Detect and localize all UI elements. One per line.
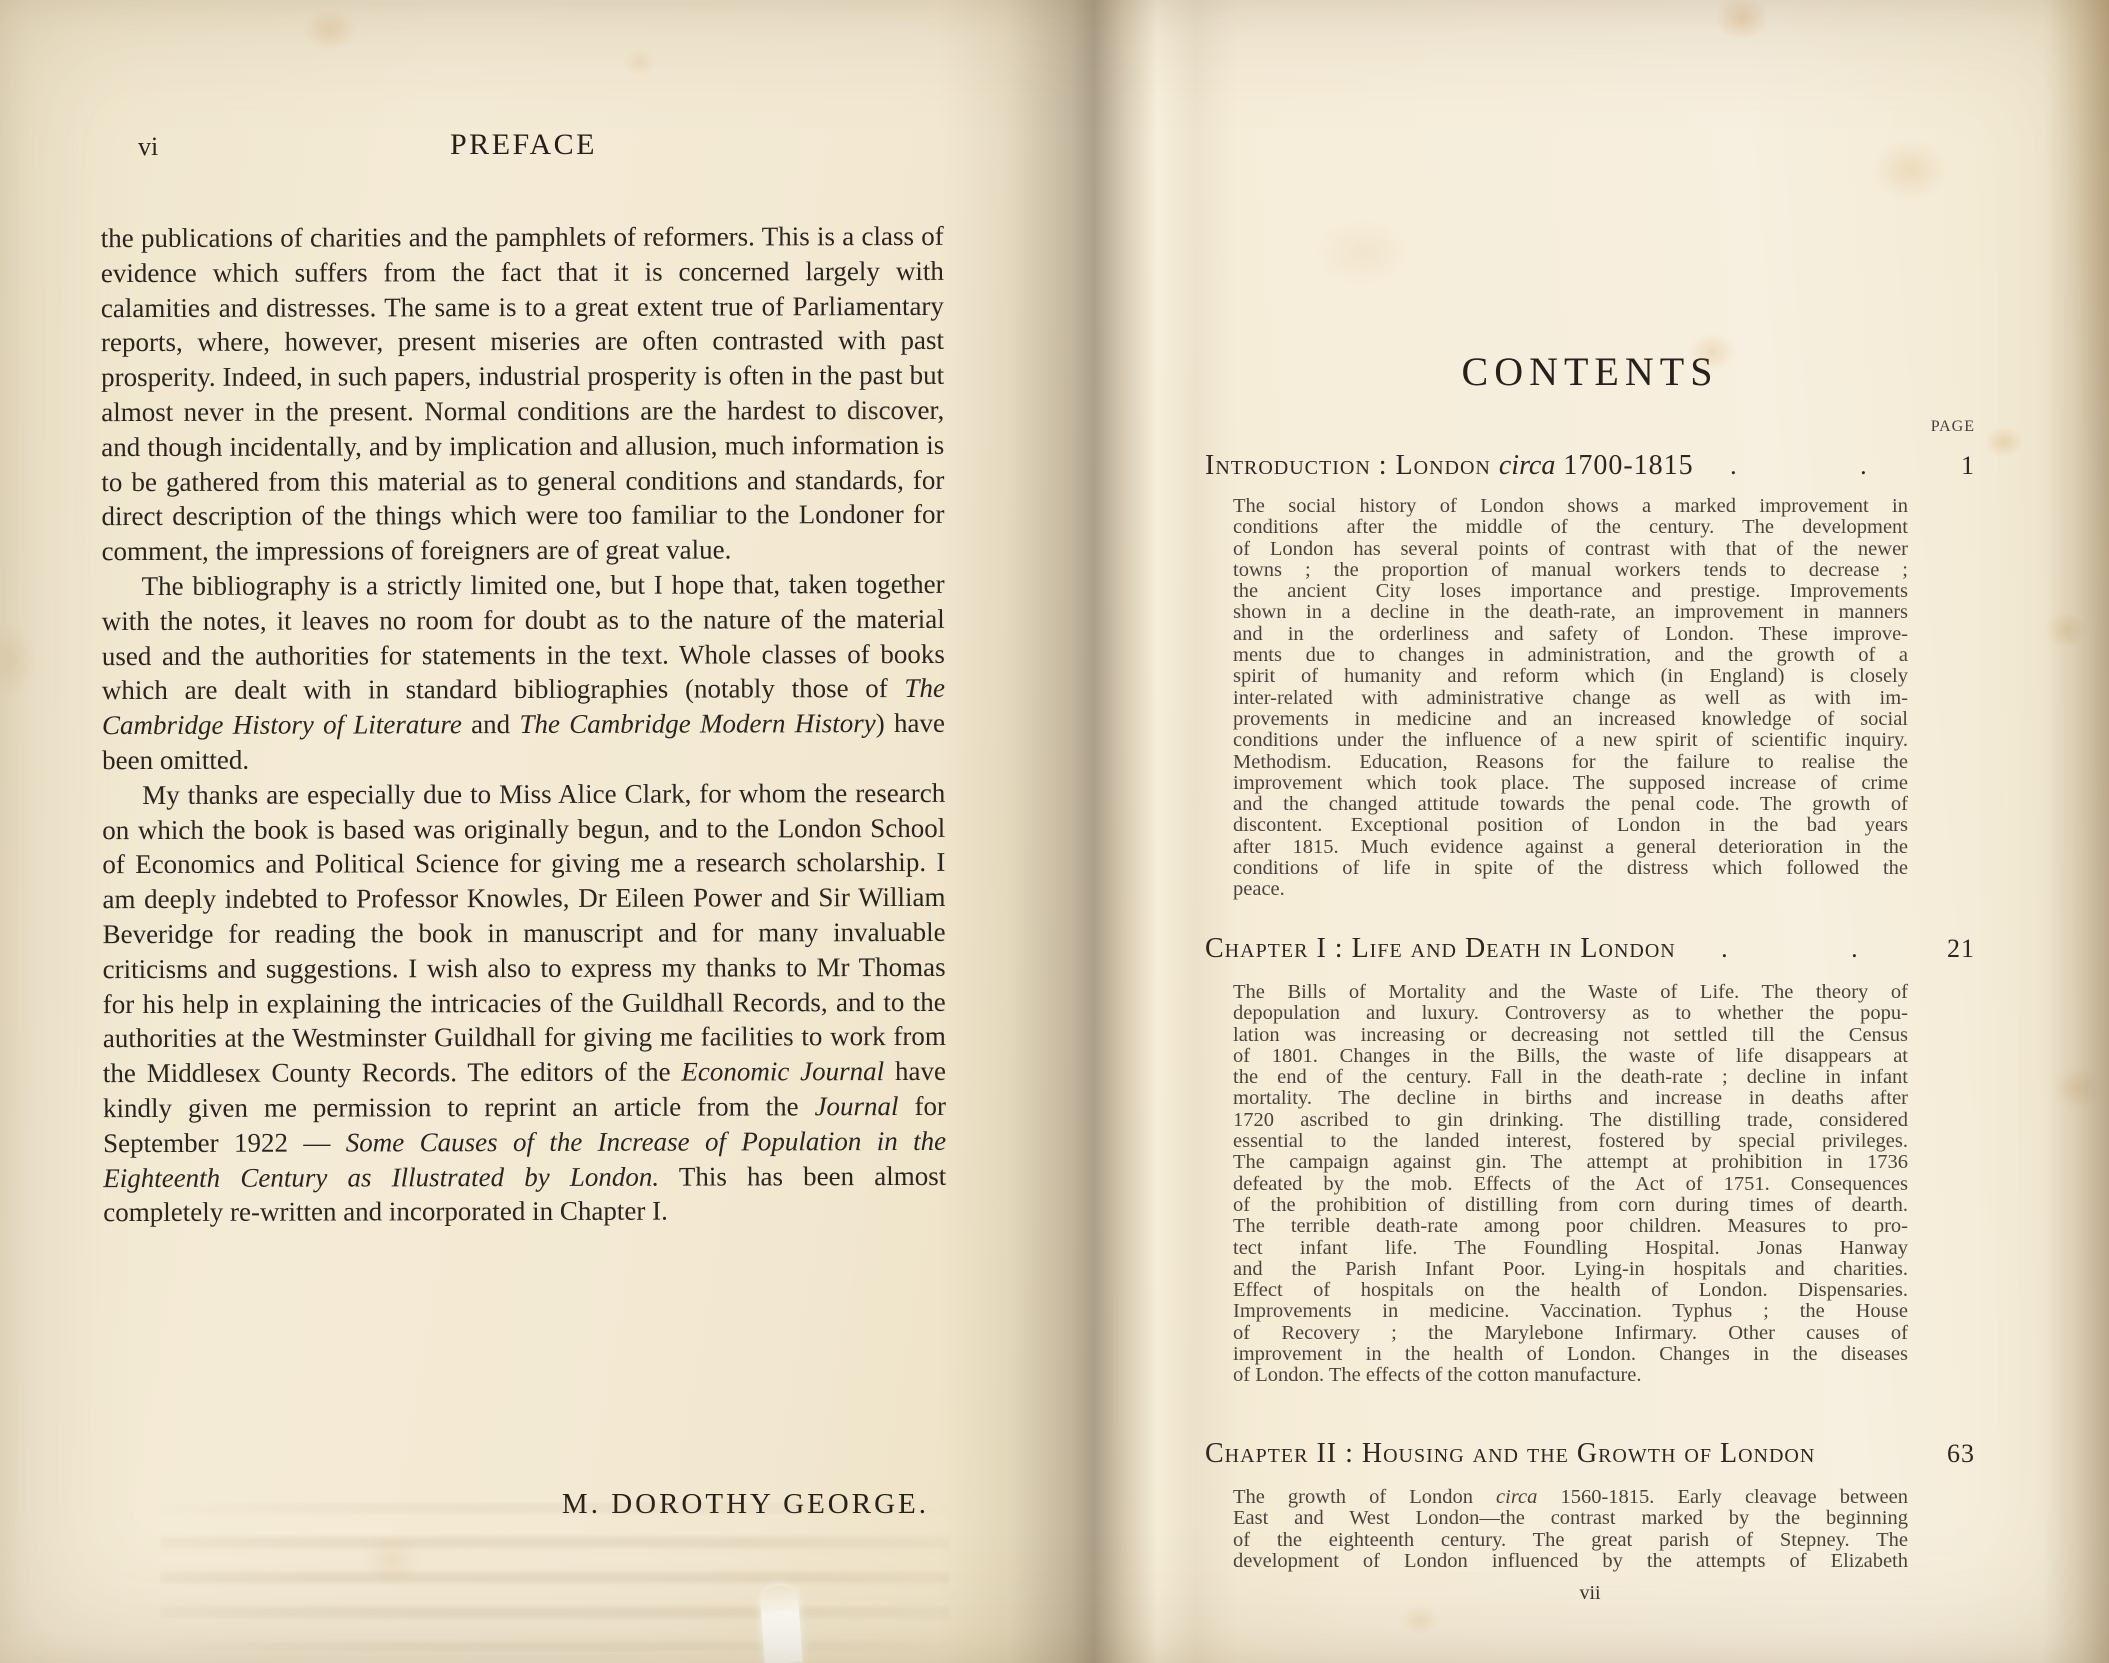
toc-summary-line: lation was increasing or decreasing not … — [1233, 1025, 1908, 1046]
toc-summary-line: after 1815. Much evidence against a gene… — [1233, 837, 1908, 858]
toc-summary-line: The Bills of Mortality and the Waste of … — [1233, 982, 1908, 1003]
toc-entry-heading: Introduction : London circa 1700-1815. .… — [1205, 450, 1975, 482]
book-spread: vi PREFACE the publications of charities… — [0, 0, 2109, 1663]
toc-summary-line: The growth of London circa 1560-1815. Ea… — [1233, 1487, 1908, 1508]
toc-summary-line: inter-related with administrative change… — [1233, 688, 1908, 709]
toc-entry-heading: Chapter II : Housing and the Growth of L… — [1205, 1438, 1975, 1470]
toc-summary-line: conditions after the middle of the centu… — [1233, 517, 1908, 538]
page-column-label: PAGE — [1205, 418, 1975, 436]
toc-summary-line: ments due to changes in administration, … — [1233, 645, 1908, 666]
toc-summary-line: 1720 ascribed to gin drinking. The disti… — [1233, 1110, 1908, 1131]
toc-summary-line: Improvements in medicine. Vaccination. T… — [1233, 1301, 1908, 1322]
preface-paragraph: The bibliography is a strictly limited o… — [102, 567, 946, 778]
toc-summary-line: and the Parish Infant Poor. Lying-in hos… — [1233, 1259, 1908, 1280]
toc-summary: The social history of London shows a mar… — [1233, 496, 1908, 901]
toc-summary: The growth of London circa 1560-1815. Ea… — [1233, 1487, 1908, 1572]
toc-page-number: 21 — [1903, 934, 1975, 964]
toc-summary-line: towns ; the proportion of manual workers… — [1233, 560, 1908, 581]
toc-entry-title: Introduction : London circa 1700-1815 — [1205, 450, 1694, 482]
toc-summary-line: essential to the landed interest, foster… — [1233, 1131, 1908, 1152]
toc-summary-line: Effect of hospitals on the health of Lon… — [1233, 1280, 1908, 1301]
toc-entry-title: Chapter II : Housing and the Growth of L… — [1205, 1438, 1815, 1470]
toc-summary-line: East and West London—the contrast marked… — [1233, 1508, 1908, 1529]
toc-summary-line: the ancient City loses importance and pr… — [1233, 581, 1908, 602]
contents-title: CONTENTS — [1205, 348, 1975, 395]
preface-body: the publications of charities and the pa… — [101, 219, 947, 1230]
toc-summary-line: and the changed attitude towards the pen… — [1233, 794, 1908, 815]
toc-entry-title: Chapter I : Life and Death in London — [1205, 933, 1676, 965]
toc-summary-line: The social history of London shows a mar… — [1233, 496, 1908, 517]
toc-summary-line: of 1801. Changes in the Bills, the waste… — [1233, 1046, 1908, 1067]
toc-summary-line: discontent. Exceptional position of Lond… — [1233, 815, 1908, 836]
toc-summary: The Bills of Mortality and the Waste of … — [1233, 982, 1908, 1387]
toc-summary-line: defeated by the mob. Effects of the Act … — [1233, 1174, 1908, 1195]
bleedthrough-ghost — [160, 1502, 950, 1652]
toc-summary-line: shown in a decline in the death-rate, an… — [1233, 602, 1908, 623]
toc-summary-line: mortality. The decline in births and inc… — [1233, 1088, 1908, 1109]
toc-page-number: 1 — [1903, 451, 1975, 481]
toc-summary-line: of the prohibition of distilling from co… — [1233, 1195, 1908, 1216]
toc-summary-line: spirit of humanity and reform which (in … — [1233, 666, 1908, 687]
preface-running-head: PREFACE — [102, 128, 945, 162]
right-page-number: vii — [1205, 1582, 1975, 1605]
toc-summary-line: peace. — [1233, 879, 1908, 900]
toc-entry-heading: Chapter I : Life and Death in London. .2… — [1205, 933, 1975, 965]
toc-summary-line: conditions of life in spite of the distr… — [1233, 858, 1908, 879]
toc-summary-line: tect infant life. The Foundling Hospital… — [1233, 1238, 1908, 1259]
toc-summary-line: provements in medicine and an increased … — [1233, 709, 1908, 730]
toc-summary-line: improvement which took place. The suppos… — [1233, 773, 1908, 794]
toc-summary-line: development of London influenced by the … — [1233, 1551, 1908, 1572]
author-signature: M. DOROTHY GEORGE. — [102, 1488, 945, 1521]
toc-dot-leaders: . . — [1694, 451, 1903, 481]
toc-dot-leaders: . . — [1676, 934, 1903, 964]
toc-summary-line: the end of the century. Fall in the deat… — [1233, 1067, 1908, 1088]
toc-summary-line: improvement in the health of London. Cha… — [1233, 1344, 1908, 1365]
toc-summary-line: conditions under the influence of a new … — [1233, 730, 1908, 751]
toc-summary-line: depopulation and luxury. Controversy as … — [1233, 1003, 1908, 1024]
toc-summary-line: of the eighteenth century. The great par… — [1233, 1530, 1908, 1551]
toc-summary-line: of London. The effects of the cotton man… — [1233, 1365, 1908, 1386]
toc-summary-line: The campaign against gin. The attempt at… — [1233, 1152, 1908, 1173]
right-page: CONTENTS PAGE Introduction : London circ… — [1005, 0, 2109, 1663]
toc-summary-line: The terrible death-rate among poor child… — [1233, 1216, 1908, 1237]
toc-summary-line: Methodism. Education, Reasons for the fa… — [1233, 752, 1908, 773]
left-page: vi PREFACE the publications of charities… — [0, 0, 1005, 1663]
toc-summary-line: of Recovery ; the Marylebone Infirmary. … — [1233, 1323, 1908, 1344]
toc-page-number: 63 — [1903, 1439, 1975, 1469]
preface-paragraph: My thanks are especially due to Miss Ali… — [102, 776, 946, 1231]
toc-summary-line: and in the orderliness and safety of Lon… — [1233, 624, 1908, 645]
toc-summary-line: of London has several points of contrast… — [1233, 539, 1908, 560]
preface-paragraph: the publications of charities and the pa… — [101, 219, 945, 569]
